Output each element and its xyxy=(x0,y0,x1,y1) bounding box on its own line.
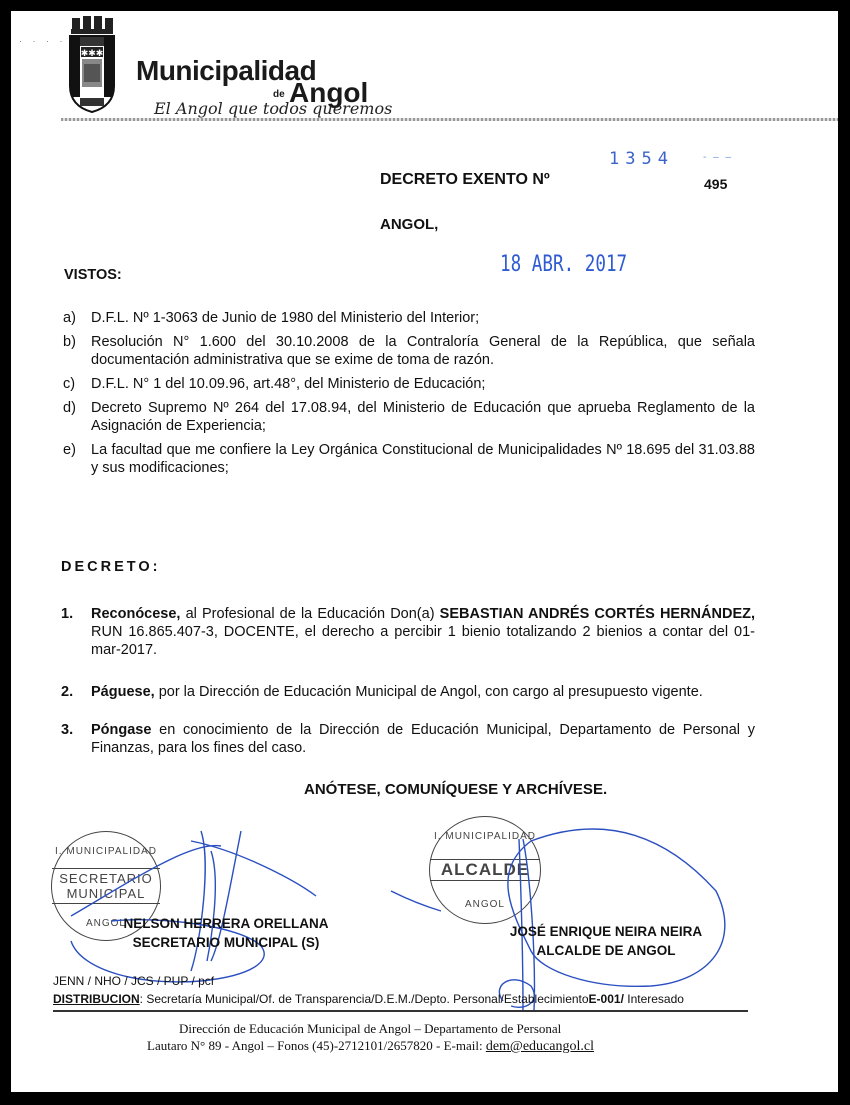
item-text: en conocimiento de la Dirección de Educa… xyxy=(91,722,755,756)
item-text: RUN 16.865.407-3, DOCENTE, el derecho a … xyxy=(91,624,755,658)
vistos-heading: VISTOS: xyxy=(64,267,122,283)
item-text: La facultad que me confiere la Ley Orgán… xyxy=(91,442,755,476)
decree-title: DECRETO EXENTO Nº xyxy=(380,171,550,189)
item-marker: 1. xyxy=(61,605,73,623)
header-divider xyxy=(61,118,838,121)
seal-mayor: I. MUNICIPALIDAD ALCALDE ANGOL xyxy=(429,816,541,924)
stamp-number: 1354 xyxy=(609,149,674,169)
stamp-marks: - ‒ ‒ xyxy=(703,152,733,163)
item-marker: a) xyxy=(63,309,76,327)
vistos-item: d)Decreto Supremo Nº 264 del 17.08.94, d… xyxy=(63,399,755,435)
item-text: al Profesional de la Educación Don(a) xyxy=(180,606,439,622)
vistos-item: b)Resolución N° 1.600 del 30.10.2008 de … xyxy=(63,333,755,369)
vistos-item: c)D.F.L. N° 1 del 10.09.96, art.48°, del… xyxy=(63,375,755,393)
item-lead: Póngase xyxy=(91,722,151,738)
mayor-role: ALCALDE DE ANGOL xyxy=(501,941,711,960)
decree-number: 495 xyxy=(704,176,727,192)
vistos-list: a)D.F.L. Nº 1-3063 de Junio de 1980 del … xyxy=(63,309,755,483)
item-lead: Reconócese, xyxy=(91,606,180,622)
svg-text:✱✱✱: ✱✱✱ xyxy=(81,48,104,58)
slogan: El Angol que todos queremos xyxy=(154,99,392,118)
email-link[interactable]: dem@educangol.cl xyxy=(486,1039,594,1054)
footer-divider xyxy=(53,1010,748,1012)
decreto-item-2: 2.Páguese, por la Dirección de Educación… xyxy=(61,683,755,701)
item-marker: b) xyxy=(63,333,76,351)
item-lead: Páguese, xyxy=(91,684,155,700)
vistos-item: a)D.F.L. Nº 1-3063 de Junio de 1980 del … xyxy=(63,309,755,327)
item-text: D.F.L. N° 1 del 10.09.96, art.48°, del M… xyxy=(91,376,485,392)
item-text: por la Dirección de Educación Municipal … xyxy=(155,684,703,700)
item-text: Resolución N° 1.600 del 30.10.2008 de la… xyxy=(91,334,755,368)
item-text: D.F.L. Nº 1-3063 de Junio de 1980 del Mi… xyxy=(91,310,479,326)
mayor-signature-block: JOSÉ ENRIQUE NEIRA NEIRA ALCALDE DE ANGO… xyxy=(501,922,711,960)
footer-department: Dirección de Educación Municipal de Ango… xyxy=(179,1021,561,1037)
footer-contact: Lautaro N° 89 - Angol – Fonos (45)-27121… xyxy=(147,1038,594,1055)
mayor-name: JOSÉ ENRIQUE NEIRA NEIRA xyxy=(501,922,711,941)
item-marker: 2. xyxy=(61,683,73,701)
secretary-signature-block: NELSON HERRERA ORELLANA SECRETARIO MUNIC… xyxy=(111,914,341,952)
municipal-crest-icon: ✱✱✱ xyxy=(68,14,116,114)
item-text: Decreto Supremo Nº 264 del 17.08.94, del… xyxy=(91,400,755,434)
item-marker: e) xyxy=(63,441,76,459)
drafting-initials: JENN / NHO / JCS / PUP / pcf xyxy=(53,974,214,988)
distribution-label: DISTRIBUCION xyxy=(53,992,140,1006)
decreto-item-1: 1.Reconócese, al Profesional de la Educa… xyxy=(61,605,755,659)
item-marker: c) xyxy=(63,375,75,393)
document-page: · · · · · ✱✱✱ Municipalidad de Angol El … xyxy=(11,11,838,1092)
decreto-item-3: 3.Póngase en conocimiento de la Direcció… xyxy=(61,721,755,757)
vistos-item: e)La facultad que me confiere la Ley Org… xyxy=(63,441,755,477)
beneficiary-name: SEBASTIAN ANDRÉS CORTÉS HERNÁNDEZ, xyxy=(440,606,755,622)
secretary-name: NELSON HERRERA ORELLANA xyxy=(111,914,341,933)
decree-city: ANGOL, xyxy=(380,216,438,233)
secretary-role: SECRETARIO MUNICIPAL (S) xyxy=(111,933,341,952)
decreto-heading: DECRETO: xyxy=(61,559,160,575)
distribution-line: DISTRIBUCION: Secretaría Municipal/Of. d… xyxy=(53,992,684,1006)
closing-formula: ANÓTESE, COMUNÍQUESE Y ARCHÍVESE. xyxy=(304,781,607,798)
item-marker: d) xyxy=(63,399,76,417)
date-stamp: 18 ABR. 2017 xyxy=(500,252,627,277)
item-marker: 3. xyxy=(61,721,73,739)
